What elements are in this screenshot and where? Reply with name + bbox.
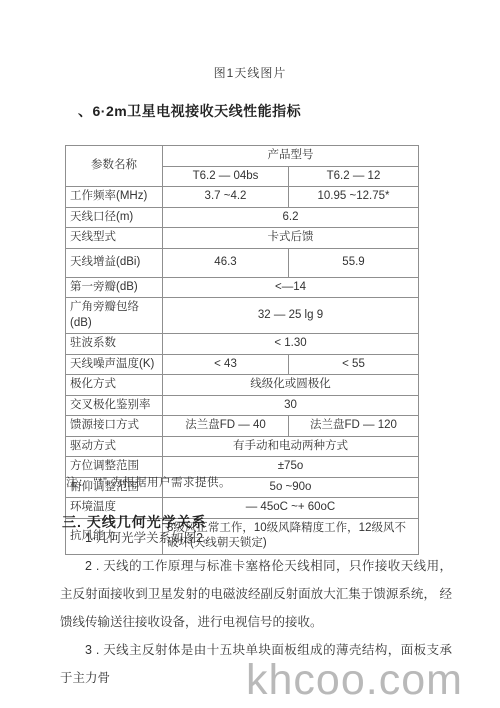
table-row: 馈源接口方式 法兰盘FD — 40 法兰盘FD — 120 xyxy=(66,416,419,437)
row-value: < 55 xyxy=(289,354,419,375)
row-label: 天线噪声温度(K) xyxy=(66,354,163,375)
row-value: 32 — 25 lg 9 xyxy=(163,298,419,334)
header-param-name: 参数名称 xyxy=(66,146,163,187)
figure-caption: 图1天线图片 xyxy=(0,64,500,81)
row-label: 交叉极化鉴别率 xyxy=(66,395,163,416)
row-value: 10.95 ~12.75* xyxy=(289,187,419,208)
header-model-1: T6.2 — 04bs xyxy=(163,166,289,187)
row-value: 法兰盘FD — 40 xyxy=(163,416,289,437)
row-value: 线级化或圆极化 xyxy=(163,375,419,396)
document-page: 图1天线图片 、6·2m卫星电视接收天线性能指标 参数名称 产品型号 T6.2 … xyxy=(0,0,500,708)
table-row: 交叉极化鉴别率 30 xyxy=(66,395,419,416)
row-value: 6.2 xyxy=(163,207,419,228)
table-row: 第一旁瓣(dB) <—14 xyxy=(66,277,419,298)
table-row: 驱动方式 有手动和电动两种方式 xyxy=(66,436,419,457)
row-label: 天线型式 xyxy=(66,228,163,249)
row-label: 馈源接口方式 xyxy=(66,416,163,437)
table-row: 天线型式 卡式后馈 xyxy=(66,228,419,249)
table-row: 工作频率(MHz) 3.7 ~4.2 10.95 ~12.75* xyxy=(66,187,419,208)
table-row: 广角旁瓣包络 (dB) 32 — 25 lg 9 xyxy=(66,298,419,334)
row-value: 卡式后馈 xyxy=(163,228,419,249)
row-value: 法兰盘FD — 120 xyxy=(289,416,419,437)
site-watermark: khcoo.com xyxy=(246,656,463,705)
row-value: < 43 xyxy=(163,354,289,375)
table-row: 极化方式 线级化或圆极化 xyxy=(66,375,419,396)
header-model-2: T6.2 — 12 xyxy=(289,166,419,187)
table-row: 天线口径(m) 6.2 xyxy=(66,207,419,228)
paragraph-1: 1·几何光学关系如图2。 xyxy=(60,524,452,552)
row-value: 3.7 ~4.2 xyxy=(163,187,289,208)
row-value: < 1.30 xyxy=(163,334,419,355)
section-2-title: 、6·2m卫星电视接收天线性能指标 xyxy=(78,101,301,121)
row-value: 有手动和电动两种方式 xyxy=(163,436,419,457)
row-value: 30 xyxy=(163,395,419,416)
row-value: 55.9 xyxy=(289,248,419,277)
spec-table: 参数名称 产品型号 T6.2 — 04bs T6.2 — 12 工作频率(MHz… xyxy=(65,145,419,555)
paragraph-2: 2 . 天线的工作原理与标准卡塞格伦天线相同，只作接收天线用，主反射面接收到卫星… xyxy=(60,552,452,636)
table-row: 驻波系数 < 1.30 xyxy=(66,334,419,355)
row-label: 第一旁瓣(dB) xyxy=(66,277,163,298)
table-footnote: 注： “*” 为根据用户需求提供。 xyxy=(66,474,231,490)
table-header-row-1: 参数名称 产品型号 xyxy=(66,146,419,167)
row-label: 天线增益(dBi) xyxy=(66,248,163,277)
row-label: 广角旁瓣包络 (dB) xyxy=(66,298,163,334)
table-row: 天线噪声温度(K) < 43 < 55 xyxy=(66,354,419,375)
row-label: 工作频率(MHz) xyxy=(66,187,163,208)
table-row: 天线增益(dBi) 46.3 55.9 xyxy=(66,248,419,277)
header-product-model: 产品型号 xyxy=(163,146,419,167)
row-label: 天线口径(m) xyxy=(66,207,163,228)
row-label: 驱动方式 xyxy=(66,436,163,457)
row-label: 驻波系数 xyxy=(66,334,163,355)
row-value: <—14 xyxy=(163,277,419,298)
row-value: 46.3 xyxy=(163,248,289,277)
row-label: 极化方式 xyxy=(66,375,163,396)
